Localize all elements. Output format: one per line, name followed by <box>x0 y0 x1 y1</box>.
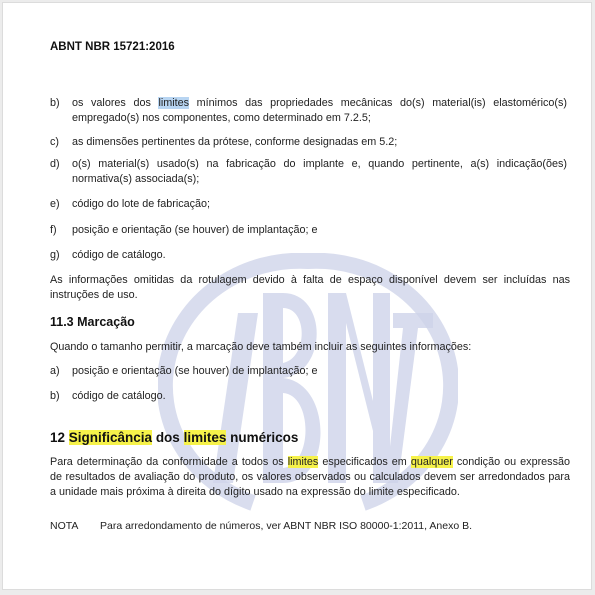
list-label: b) <box>50 389 60 404</box>
list-label: d) <box>50 157 60 172</box>
note-label: NOTA <box>50 520 78 532</box>
list-label: f) <box>50 223 57 238</box>
note-text: Para arredondamento de números, ver ABNT… <box>100 520 472 532</box>
document-header: ABNT NBR 15721:2016 <box>50 41 175 53</box>
text-run: 12 <box>50 430 69 445</box>
list-label: c) <box>50 135 59 150</box>
omitted-info-paragraph: As informações omitidas da rotulagem dev… <box>50 273 570 303</box>
marker-highlight[interactable]: limites <box>184 430 227 445</box>
document-page: ABNT NBR 15721:2016 b) os valores dos li… <box>2 2 592 590</box>
text-run: numéricos <box>226 430 298 445</box>
marker-highlight[interactable]: qualquer <box>411 456 453 468</box>
section-11-3-title: 11.3 Marcação <box>50 315 135 329</box>
list-text: posição e orientação (se houver) de impl… <box>72 364 567 379</box>
section-11-3-intro: Quando o tamanho permitir, a marcação de… <box>50 340 570 355</box>
list-text: os valores dos limites mínimos das propr… <box>72 96 567 126</box>
list-label: e) <box>50 197 60 212</box>
list-text: o(s) material(s) usado(s) na fabricação … <box>72 157 567 187</box>
list-text: código do lote de fabricação; <box>72 197 567 212</box>
search-highlight[interactable]: limites <box>158 97 189 109</box>
marker-highlight[interactable]: Significância <box>69 430 152 445</box>
list-label: a) <box>50 364 60 379</box>
text-run: especificados em <box>318 456 411 468</box>
list-text: código de catálogo. <box>72 389 567 404</box>
text-run: os valores dos <box>72 97 158 109</box>
list-text: posição e orientação (se houver) de impl… <box>72 223 567 238</box>
list-label: g) <box>50 248 60 263</box>
list-label: b) <box>50 96 60 111</box>
section-12-paragraph: Para determinação da conformidade a todo… <box>50 455 570 500</box>
text-run: Para determinação da conformidade a todo… <box>50 456 288 468</box>
list-text: as dimensões pertinentes da prótese, con… <box>72 135 567 150</box>
text-run: dos <box>152 430 184 445</box>
marker-highlight[interactable]: limites <box>288 456 319 468</box>
list-text: código de catálogo. <box>72 248 567 263</box>
section-12-title: 12 Significância dos limites numéricos <box>50 430 298 445</box>
